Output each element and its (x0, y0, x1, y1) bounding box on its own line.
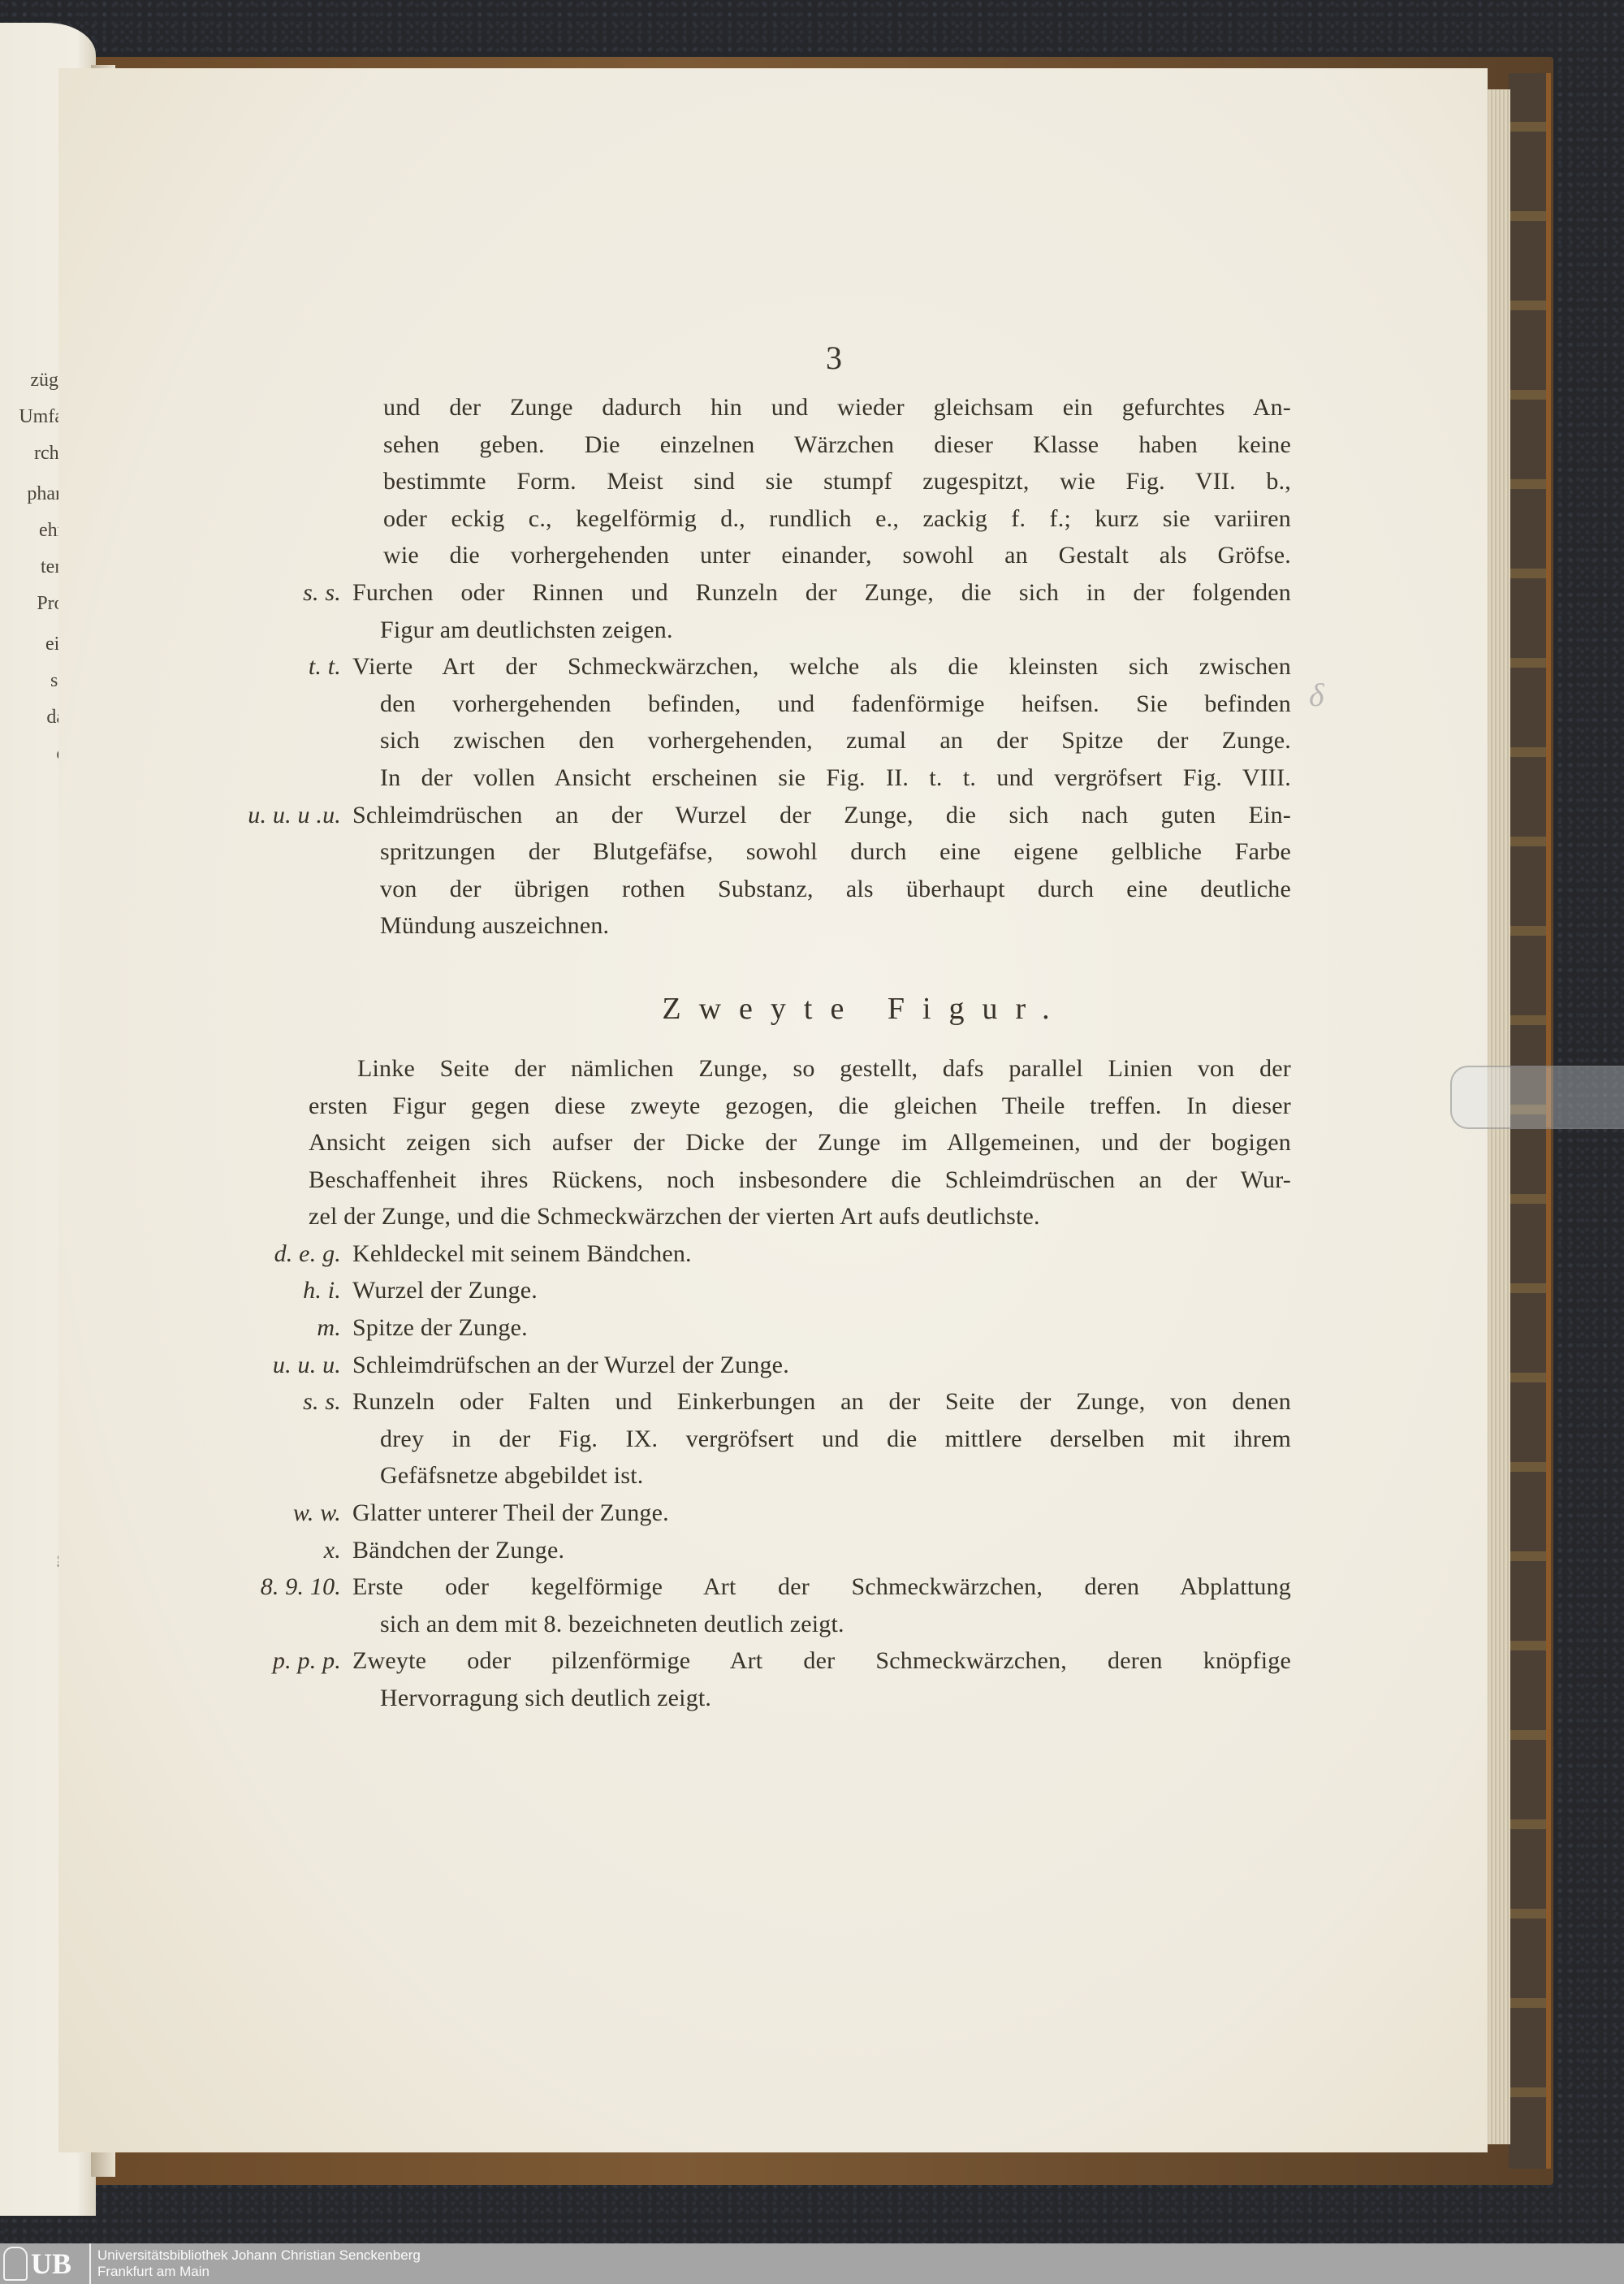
body-paragraph: Linke Seite der nämlichen Zunge, so gest… (244, 1050, 1291, 1235)
document-page: 3 und der Zunge dadurch hin und wieder g… (58, 68, 1488, 2152)
text-line: Vierte Art der Schmeckwärzchen, welche a… (244, 648, 1291, 686)
text-line: Furchen oder Rinnen und Runzeln der Zung… (244, 574, 1291, 612)
bookmark-clip (1450, 1066, 1624, 1129)
page-number: 3 (58, 339, 1488, 377)
text-line: sich an dem mit 8. bezeichneten deutlich… (244, 1606, 1291, 1643)
text-line: Schleimdrüfschen an der Wurzel der Zunge… (244, 1347, 1291, 1384)
text-line: Runzeln oder Falten und Einkerbungen an … (244, 1383, 1291, 1421)
legend-entry: s. s. Furchen oder Rinnen und Runzeln de… (244, 574, 1291, 648)
legend-label: t. t. (244, 648, 341, 686)
text-line: drey in der Fig. IX. vergröfsert und die… (244, 1421, 1291, 1458)
text-line: Ansicht zeigen sich aufser der Dicke der… (244, 1124, 1291, 1161)
text-line: Erste oder kegelförmige Art der Schmeckw… (244, 1568, 1291, 1606)
institution-name: Universitätsbibliothek Johann Christian … (91, 2247, 421, 2280)
text-line: Schleimdrüschen an der Wurzel der Zunge,… (244, 797, 1291, 834)
legend-label: w. w. (244, 1495, 341, 1532)
text-line: und der Zunge dadurch hin und wieder gle… (244, 389, 1291, 426)
text-line: Linke Seite der nämlichen Zunge, so gest… (244, 1050, 1291, 1088)
text-line: Mündung auszeichnen. (244, 907, 1291, 945)
text-line: Spitze der Zunge. (244, 1309, 1291, 1347)
text-line: Glatter unterer Theil der Zunge. (244, 1495, 1291, 1532)
text-line: spritzungen der Blutgefäfse, sowohl durc… (244, 833, 1291, 871)
legend-entry: m.Spitze der Zunge. (244, 1309, 1291, 1347)
legend-entry: w. w.Glatter unterer Theil der Zunge. (244, 1495, 1291, 1532)
legend-label: p. p. p. (244, 1642, 341, 1680)
section-heading: Zweyte Figur. (244, 980, 1291, 1037)
text-line: Wurzel der Zunge. (244, 1272, 1291, 1309)
text-line: von der übrigen rothen Substanz, als übe… (244, 871, 1291, 908)
text-line: Hervorragung sich deutlich zeigt. (244, 1680, 1291, 1717)
legend-label: 8. 9. 10. (244, 1568, 341, 1606)
text-line: zel der Zunge, und die Schmeckwärzchen d… (244, 1198, 1291, 1235)
text-line: In der vollen Ansicht erscheinen sie Fig… (244, 759, 1291, 797)
page-text: und der Zunge dadurch hin und wieder gle… (244, 389, 1291, 1717)
legend-label: m. (244, 1309, 341, 1347)
text-line: ersten Figur gegen diese zweyte gezogen,… (244, 1088, 1291, 1125)
footer-bar: UB Universitätsbibliothek Johann Christi… (0, 2243, 1624, 2284)
text-line: Gefäfsnetze abgebildet ist. (244, 1457, 1291, 1495)
library-logo: UB (0, 2243, 91, 2284)
legend-entry: x.Bändchen der Zunge. (244, 1532, 1291, 1569)
legend-label: h. i. (244, 1272, 341, 1309)
text-line: Zweyte oder pilzenförmige Art der Schmec… (244, 1642, 1291, 1680)
pencil-annotation: δ (1309, 676, 1324, 714)
legend-entry: h. i.Wurzel der Zunge. (244, 1272, 1291, 1309)
legend-list: d. e. g.Kehldeckel mit seinem Bändchen.h… (244, 1235, 1291, 1717)
text-line: den vorhergehenden befinden, und fadenfö… (244, 686, 1291, 723)
legend-label: s. s. (244, 574, 341, 612)
institution-line-1: Universitätsbibliothek Johann Christian … (97, 2247, 421, 2264)
legend-entry: t. t. Vierte Art der Schmeckwärzchen, we… (244, 648, 1291, 796)
legend-label: x. (244, 1532, 341, 1569)
legend-entry: s. s.Runzeln oder Falten und Einkerbunge… (244, 1383, 1291, 1495)
text-line: oder eckig c., kegelförmig d., rundlich … (244, 500, 1291, 538)
legend-label: s. s. (244, 1383, 341, 1421)
text-line: bestimmte Form. Meist sind sie stumpf zu… (244, 463, 1291, 500)
text-line: Kehldeckel mit seinem Bändchen. (244, 1235, 1291, 1273)
portrait-icon (3, 2247, 28, 2281)
legend-entry: u. u. u .u. Schleimdrüschen an der Wurze… (244, 797, 1291, 945)
text-line: sehen geben. Die einzelnen Wärzchen dies… (244, 426, 1291, 464)
legend-entry: 8. 9. 10.Erste oder kegelförmige Art der… (244, 1568, 1291, 1642)
legend-entry: p. p. p.Zweyte oder pilzenförmige Art de… (244, 1642, 1291, 1716)
text-line: sich zwischen den vorhergehenden, zumal … (244, 722, 1291, 759)
legend-entry: u. u. u.Schleimdrüfschen an der Wurzel d… (244, 1347, 1291, 1384)
legend-label: u. u. u. (244, 1347, 341, 1384)
text-line: wie die vorhergehenden unter einander, s… (244, 537, 1291, 574)
text-line: Bändchen der Zunge. (244, 1532, 1291, 1569)
legend-label: d. e. g. (244, 1235, 341, 1273)
text-line: Figur am deutlichsten zeigen. (244, 612, 1291, 649)
logo-text: UB (31, 2247, 71, 2281)
intro-paragraph: und der Zunge dadurch hin und wieder gle… (244, 389, 1291, 574)
institution-line-2: Frankfurt am Main (97, 2264, 421, 2280)
text-line: Beschaffenheit ihres Rückens, noch insbe… (244, 1161, 1291, 1199)
legend-label: u. u. u .u. (244, 797, 341, 834)
legend-entry: d. e. g.Kehldeckel mit seinem Bändchen. (244, 1235, 1291, 1273)
